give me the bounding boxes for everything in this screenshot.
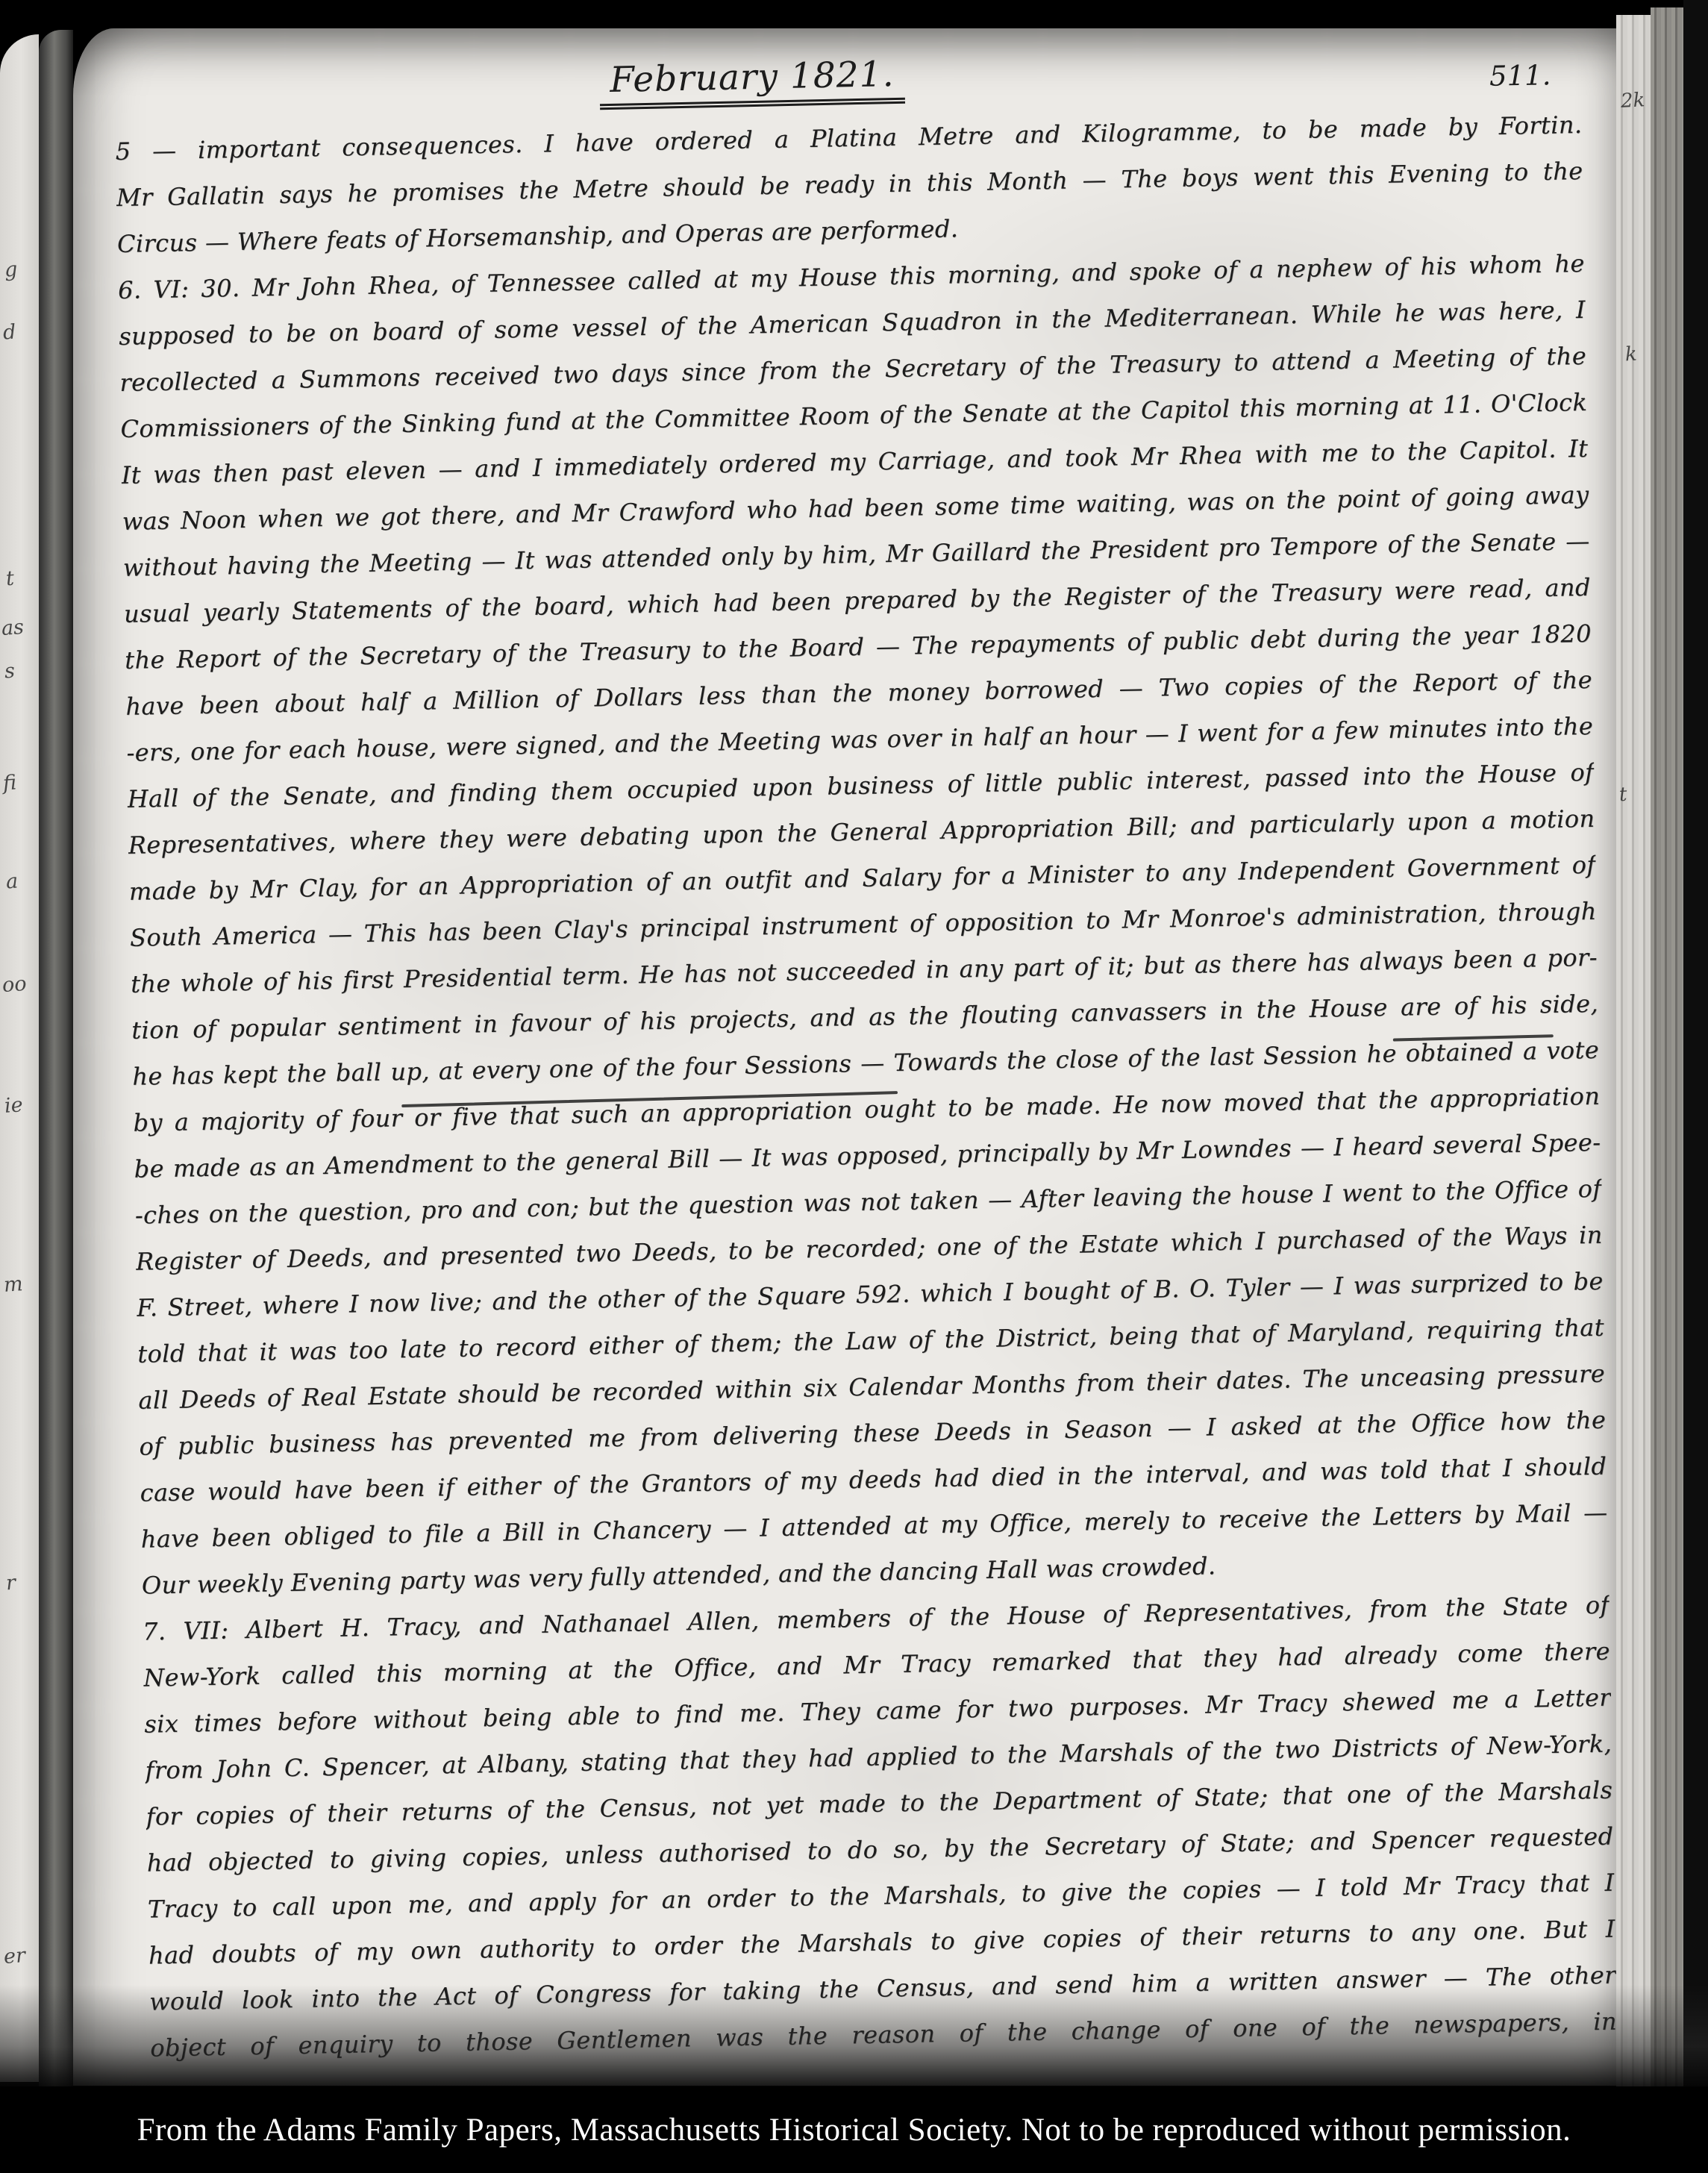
page-edge-strip-dark [1651,7,1683,2119]
left-margin-fragment: as [1,616,25,640]
manuscript-page: February 1821. 511. 5 — important conseq… [73,28,1616,2086]
left-margin-fragment: g [4,257,18,281]
left-margin-fragment: s [4,660,16,684]
manuscript-scan: g d t as s fi a oo ie m r er February 18… [0,0,1708,2173]
page-edge-strip-light [1616,15,1651,2097]
left-margin-fragment: m [3,1272,24,1297]
left-margin-fragment: ie [4,1093,24,1118]
left-margin-fragment: fi [2,771,17,795]
left-margin-fragment: er [3,1944,26,1969]
left-margin-fragment: t [5,567,15,591]
credit-bar: From the Adams Family Papers, Massachuse… [0,2086,1708,2173]
manuscript-text: 5 — important consequences. I have order… [115,101,1617,2072]
page-bottom-shadow [0,1985,1708,2097]
left-margin-fragment: d [2,320,16,344]
facing-page-edge: g d t as s fi a oo ie m r er [0,34,39,2082]
book-gutter-shadow [39,30,73,2089]
page-edge-black-border [1683,0,1708,2173]
credit-text: From the Adams Family Papers, Massachuse… [137,2112,1571,2148]
left-margin-fragment: oo [1,972,28,997]
left-margin-fragment: r [5,1572,16,1595]
right-edge-fragment: k [1624,343,1637,366]
page-number: 511. [1489,59,1551,92]
right-edge-fragment: 2k [1620,89,1645,113]
right-edge-fragment: t [1618,784,1627,807]
date-title: February 1821. [599,54,906,110]
left-margin-fragment: a [5,869,19,893]
